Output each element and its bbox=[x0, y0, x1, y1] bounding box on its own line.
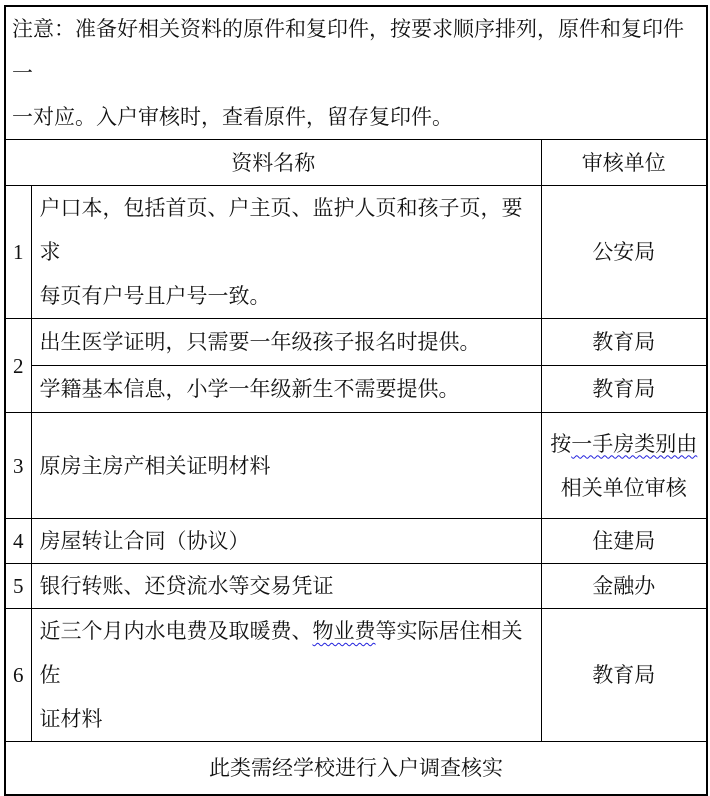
material-name-cell: 房屋转让合同（协议） bbox=[31, 519, 541, 564]
review-unit-cell: 教育局 bbox=[541, 319, 707, 366]
note-line-1: 注意：准备好相关资料的原件和复印件，按要求顺序排列，原件和复印件一 bbox=[12, 17, 684, 85]
material-name-cell: 出生医学证明，只需要一年级孩子报名时提供。 bbox=[31, 319, 541, 366]
table-row-3: 3 原房主房产相关证明材料 按一手房类别由 相关单位审核 bbox=[5, 413, 707, 519]
materials-checklist-table: 注意：准备好相关资料的原件和复印件，按要求顺序排列，原件和复印件一 一对应。入户… bbox=[4, 5, 708, 796]
row-number: 3 bbox=[5, 413, 31, 519]
material-name-cell: 学籍基本信息，小学一年级新生不需要提供。 bbox=[31, 366, 541, 413]
material-name-text: 近三个月内水电费及取暖费、 bbox=[40, 619, 313, 643]
row-number: 4 bbox=[5, 519, 31, 564]
table-row-2a: 2 出生医学证明，只需要一年级孩子报名时提供。 教育局 bbox=[5, 319, 707, 366]
review-unit-cell: 公安局 bbox=[541, 186, 707, 319]
material-name-cell: 户口本，包括首页、户主页、监护人页和孩子页，要求 每页有户号且户号一致。 bbox=[31, 186, 541, 319]
spellcheck-squiggle-text: 一手房类别由 bbox=[571, 432, 697, 456]
row-number: 5 bbox=[5, 564, 31, 609]
header-row: 资料名称 审核单位 bbox=[5, 140, 707, 186]
row-number: 1 bbox=[5, 186, 31, 319]
table-row-2b: 学籍基本信息，小学一年级新生不需要提供。 教育局 bbox=[5, 366, 707, 413]
review-unit-cell: 金融办 bbox=[541, 564, 707, 609]
material-name-cell: 银行转账、还贷流水等交易凭证 bbox=[31, 564, 541, 609]
header-review-unit: 审核单位 bbox=[541, 140, 707, 186]
review-unit-cell: 教育局 bbox=[541, 366, 707, 413]
footer-note-cell: 此类需经学校进行入户调查核实 bbox=[5, 742, 707, 796]
review-unit-cell: 住建局 bbox=[541, 519, 707, 564]
review-unit-cell: 按一手房类别由 相关单位审核 bbox=[541, 413, 707, 519]
table-row-4: 4 房屋转让合同（协议） 住建局 bbox=[5, 519, 707, 564]
material-name-text: 证材料 bbox=[40, 707, 103, 731]
material-name-cell: 近三个月内水电费及取暖费、物业费等实际居住相关佐 证材料 bbox=[31, 609, 541, 742]
review-unit-text: 按 bbox=[550, 432, 571, 456]
header-material-name: 资料名称 bbox=[5, 140, 541, 186]
material-name-line-1: 户口本，包括首页、户主页、监护人页和孩子页，要求 bbox=[40, 196, 523, 264]
review-unit-text: 相关单位审核 bbox=[561, 476, 687, 500]
table-row-6: 6 近三个月内水电费及取暖费、物业费等实际居住相关佐 证材料 教育局 bbox=[5, 609, 707, 742]
row-number: 6 bbox=[5, 609, 31, 742]
table-row-1: 1 户口本，包括首页、户主页、监护人页和孩子页，要求 每页有户号且户号一致。 公… bbox=[5, 186, 707, 319]
material-name-cell: 原房主房产相关证明材料 bbox=[31, 413, 541, 519]
review-unit-cell: 教育局 bbox=[541, 609, 707, 742]
note-line-2: 一对应。入户审核时，查看原件，留存复印件。 bbox=[12, 105, 453, 129]
row-number: 2 bbox=[5, 319, 31, 413]
spellcheck-squiggle-text: 物业费 bbox=[313, 619, 376, 643]
material-name-line-2: 每页有户号且户号一致。 bbox=[40, 284, 271, 308]
note-cell: 注意：准备好相关资料的原件和复印件，按要求顺序排列，原件和复印件一 一对应。入户… bbox=[5, 6, 707, 140]
footer-row: 此类需经学校进行入户调查核实 bbox=[5, 742, 707, 796]
note-row: 注意：准备好相关资料的原件和复印件，按要求顺序排列，原件和复印件一 一对应。入户… bbox=[5, 6, 707, 140]
table-row-5: 5 银行转账、还贷流水等交易凭证 金融办 bbox=[5, 564, 707, 609]
